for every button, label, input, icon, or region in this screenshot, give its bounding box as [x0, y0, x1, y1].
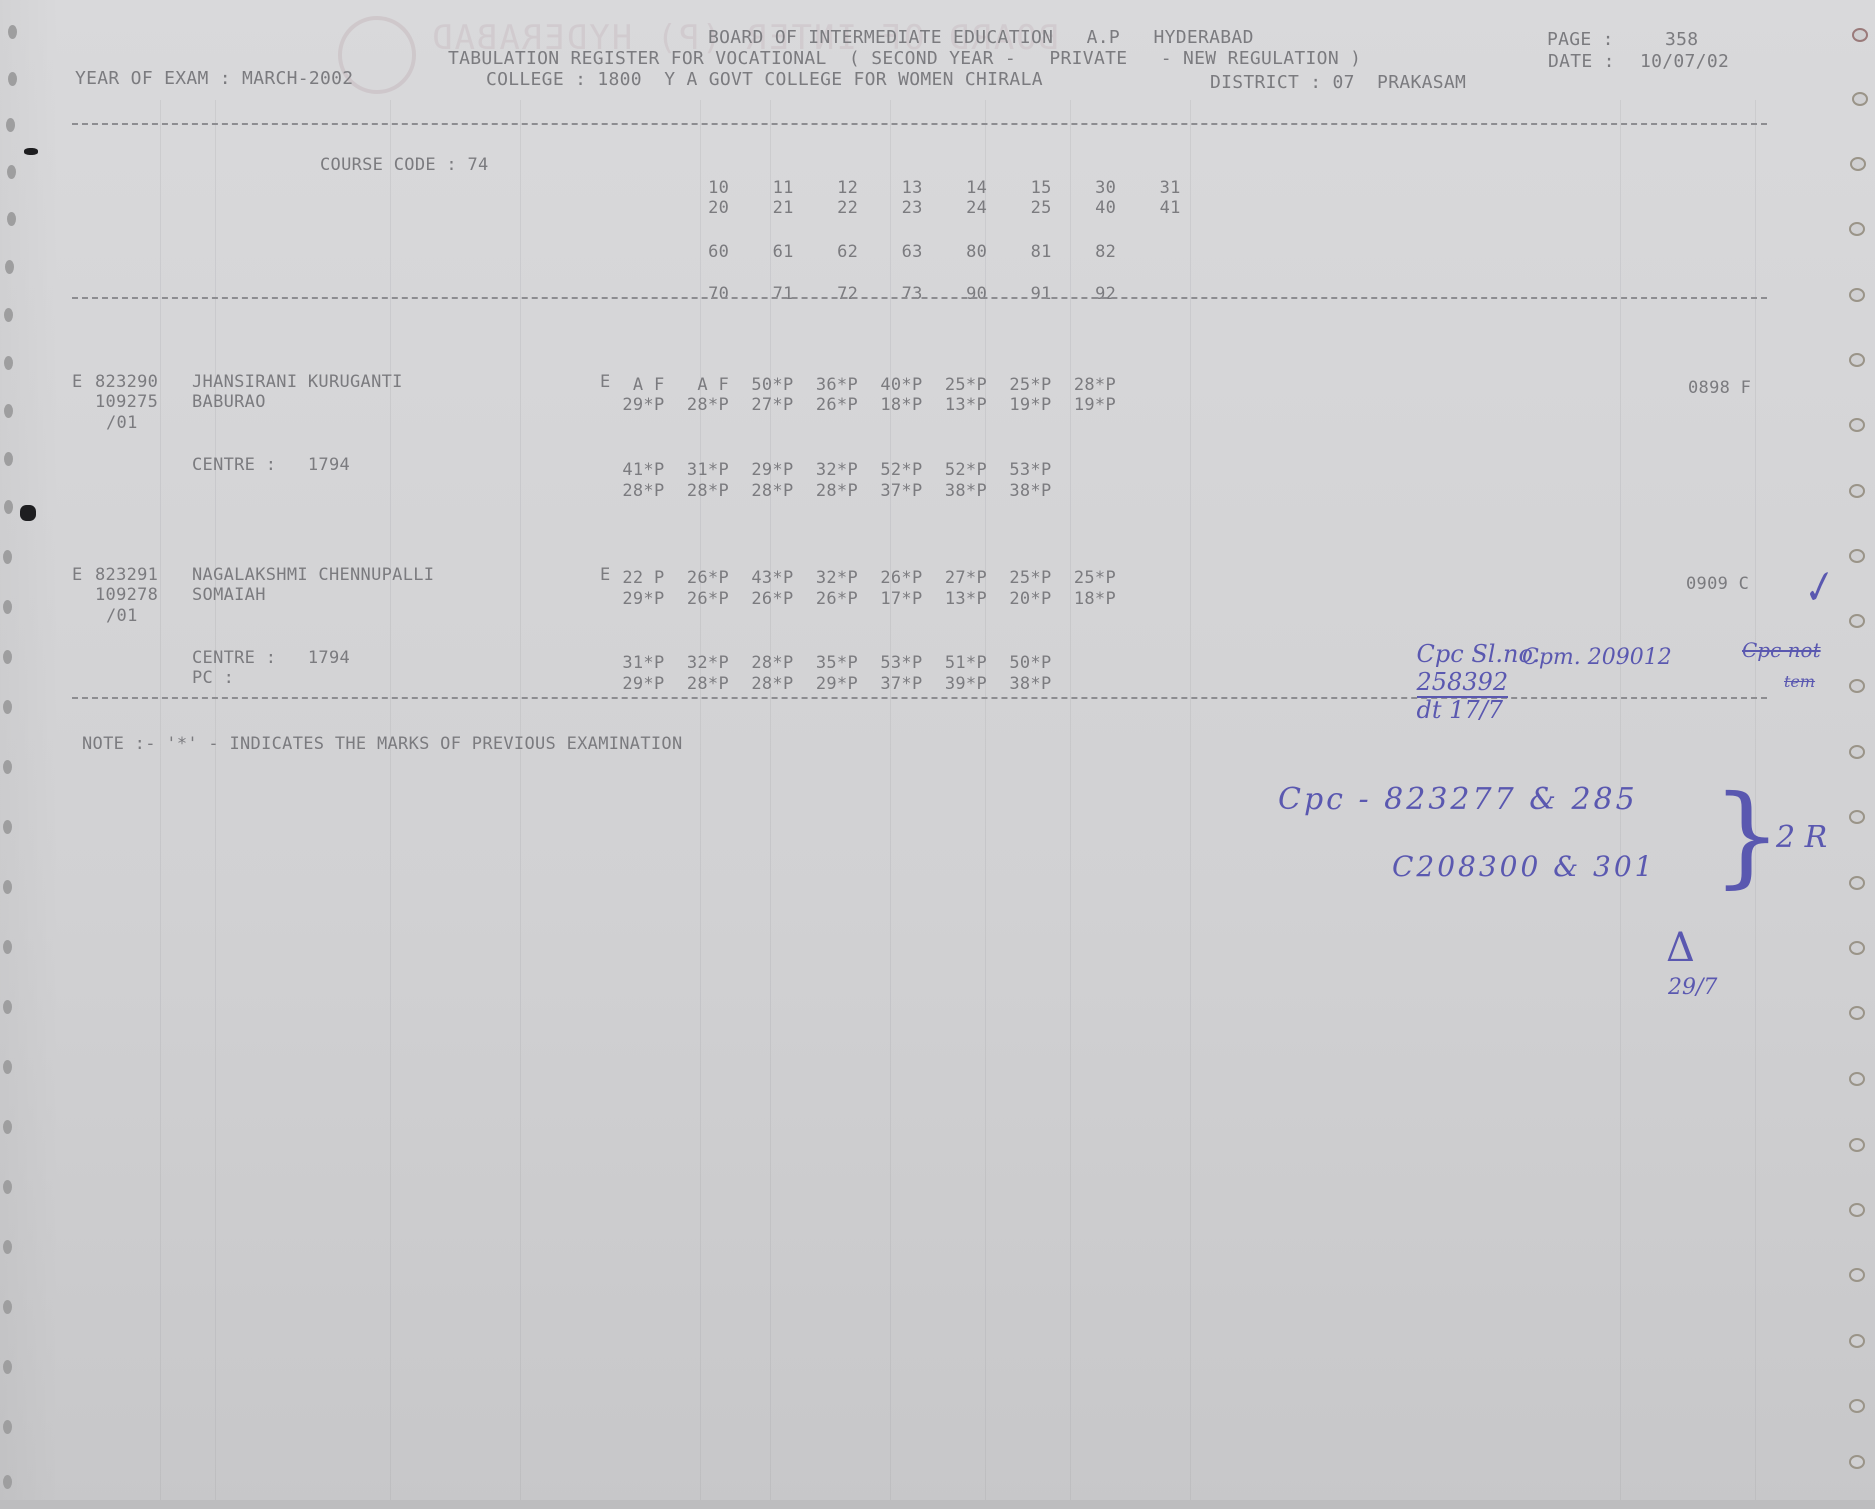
- handwritten-cpc-range-2: C208300 & 301: [1392, 850, 1655, 883]
- form-ruling: [1190, 100, 1191, 1509]
- page-number: 358: [1665, 30, 1698, 50]
- college-line: COLLEGE : 1800 Y A GOVT COLLEGE FOR WOME…: [486, 70, 1043, 90]
- feed-hole: [1849, 1455, 1865, 1469]
- feed-hole: [1850, 157, 1866, 171]
- feed-hole: [1849, 288, 1865, 302]
- feed-hole: [1849, 353, 1865, 367]
- tabulation-register-page: BOARD OF INTER (P) HYDERABAD BOARD OF IN…: [0, 0, 1875, 1509]
- binding-hole: [3, 700, 12, 714]
- ink-blot: [20, 505, 36, 521]
- record-suffix: /01: [106, 606, 138, 626]
- roll-number: 823291: [95, 565, 158, 585]
- binding-hole: [3, 1360, 12, 1374]
- binding-hole: [7, 212, 16, 226]
- handwritten-cpc-range: Cpc - 823277 & 285: [1278, 782, 1638, 817]
- print-date: 10/07/02: [1640, 52, 1729, 72]
- candidate-name: NAGALAKSHMI CHENNUPALLI: [192, 565, 434, 585]
- binding-hole: [3, 600, 12, 614]
- form-ruling: [520, 100, 521, 1509]
- roll-number: 823290: [95, 372, 158, 392]
- candidate-flag: E: [72, 372, 83, 392]
- marks-row: 41*P31*P29*P32*P52*P52*P53*P: [600, 460, 1052, 480]
- marks-row: 29*P28*P28*P29*P37*P39*P38*P: [600, 674, 1052, 694]
- bracket-note: 2 R: [1776, 820, 1827, 855]
- binding-hole: [3, 1060, 12, 1074]
- district-line: DISTRICT : 07 PRAKASAM: [1210, 73, 1466, 93]
- feed-hole: [1849, 679, 1865, 693]
- year-of-exam: YEAR OF EXAM : MARCH-2002: [75, 69, 353, 89]
- feed-hole: [1849, 1138, 1865, 1152]
- cpc-date: dt 17/7: [1417, 696, 1504, 724]
- father-name: SOMAIAH: [192, 585, 266, 605]
- feed-hole: [1849, 222, 1865, 236]
- struck-annotation: tem: [1784, 672, 1815, 691]
- marks-row: 29*P26*P26*P26*P17*P13*P20*P18*P: [600, 589, 1116, 609]
- binding-hole: [8, 72, 17, 86]
- binding-hole: [4, 356, 13, 370]
- binding-hole: [3, 1000, 12, 1014]
- separator: [72, 297, 1767, 299]
- registration-number: 109278: [95, 585, 158, 605]
- registration-number: 109275: [95, 392, 158, 412]
- total-and-result: 0898 F: [1688, 378, 1751, 398]
- binding-hole: [3, 1420, 12, 1434]
- marks-row: 31*P32*P28*P35*P53*P51*P50*P: [600, 653, 1052, 673]
- separator: [72, 123, 1767, 125]
- ink-blot: [24, 148, 38, 155]
- feed-hole: [1849, 1072, 1865, 1086]
- feed-hole: [1849, 745, 1865, 759]
- board-title: BOARD OF INTERMEDIATE EDUCATION A.P HYDE…: [708, 28, 1254, 48]
- candidate-flag: E: [72, 565, 83, 585]
- cpc-serial: 258392: [1417, 668, 1509, 698]
- binding-hole: [3, 650, 12, 664]
- binding-hole: [3, 550, 12, 564]
- record-suffix: /01: [106, 413, 138, 433]
- course-code: COURSE CODE : 74: [320, 155, 489, 175]
- marks-row: 29*P28*P27*P26*P18*P13*P19*P19*P: [600, 395, 1116, 415]
- feed-hole: [1849, 1006, 1865, 1020]
- feed-hole: [1849, 1399, 1865, 1413]
- binding-hole: [3, 820, 12, 834]
- signature-date: 29/7: [1668, 975, 1717, 1000]
- binding-hole: [5, 260, 14, 274]
- form-ruling: [390, 100, 391, 1509]
- page-bottom-edge: [0, 1500, 1875, 1509]
- exam-centre: CENTRE : 1794: [192, 455, 350, 475]
- feed-hole: [1849, 876, 1865, 890]
- total-and-result: 0909 C: [1686, 574, 1749, 594]
- exam-centre: CENTRE : 1794: [192, 648, 350, 668]
- pc-field: PC :: [192, 668, 234, 688]
- binding-hole: [8, 25, 17, 39]
- footnote: NOTE :- '*' - INDICATES THE MARKS OF PRE…: [82, 734, 683, 754]
- brace-mark: }: [1712, 780, 1782, 890]
- form-ruling: [160, 100, 161, 1509]
- binding-hole: [3, 1180, 12, 1194]
- date-label: DATE :: [1548, 52, 1615, 72]
- binding-hole: [4, 500, 13, 514]
- handwritten-cpm-note: Cpm. 209012: [1522, 645, 1672, 670]
- binding-hole: [3, 1120, 12, 1134]
- feed-hole: [1849, 1334, 1865, 1348]
- feed-hole: [1852, 92, 1868, 106]
- binding-hole: [4, 308, 13, 322]
- father-name: BABURAO: [192, 392, 266, 412]
- tick-mark-annotation: ✓: [1793, 562, 1840, 617]
- binding-hole: [4, 452, 13, 466]
- feed-hole: [1849, 418, 1865, 432]
- handwritten-cpc-note: Cpc Sl.no. 258392 dt 17/7: [1386, 612, 1540, 752]
- binding-hole: [3, 1475, 12, 1489]
- feed-hole: [1849, 614, 1865, 628]
- feed-hole: [1849, 484, 1865, 498]
- feed-hole: [1849, 941, 1865, 955]
- register-title: TABULATION REGISTER FOR VOCATIONAL ( SEC…: [448, 49, 1361, 69]
- marks-row: 22 P26*P43*P32*P26*P27*P25*P25*P: [600, 568, 1116, 588]
- binding-hole: [3, 880, 12, 894]
- feed-hole: [1852, 28, 1868, 42]
- marks-row: A FA F50*P36*P40*P25*P25*P28*P: [600, 375, 1116, 395]
- feed-hole: [1849, 549, 1865, 563]
- signature-initial: Δ: [1666, 925, 1695, 971]
- candidate-name: JHANSIRANI KURUGANTI: [192, 372, 403, 392]
- feed-hole: [1849, 1203, 1865, 1217]
- binding-hole: [3, 940, 12, 954]
- subject-code-row: 70717273909192: [666, 264, 1160, 324]
- feed-hole: [1849, 1268, 1865, 1282]
- binding-hole: [3, 1300, 12, 1314]
- binding-hole: [6, 118, 15, 132]
- page-label: PAGE :: [1547, 30, 1614, 50]
- feed-hole: [1849, 810, 1865, 824]
- struck-annotation: Cpc not: [1742, 638, 1821, 662]
- binding-hole: [4, 404, 13, 418]
- binding-hole: [3, 760, 12, 774]
- form-ruling: [215, 100, 216, 1509]
- marks-row: 28*P28*P28*P28*P37*P38*P38*P: [600, 481, 1052, 501]
- binding-hole: [7, 165, 16, 179]
- binding-hole: [3, 1240, 12, 1254]
